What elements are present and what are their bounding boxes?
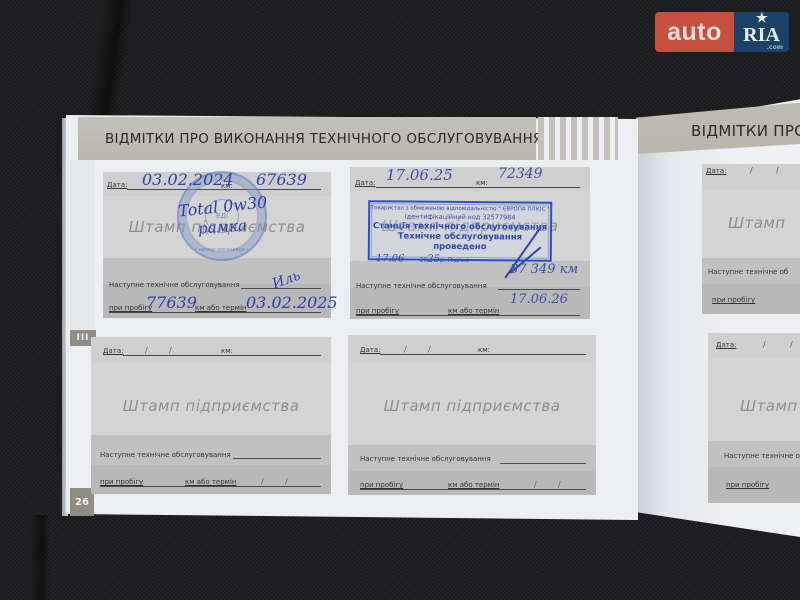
card2-next-term: 17.06.26 bbox=[510, 292, 568, 307]
at-mileage-label: при пробігу bbox=[360, 481, 403, 489]
km-or-term-label: км або термін bbox=[448, 307, 499, 315]
date-label: Дата: bbox=[360, 346, 380, 354]
service-card-3: Дата: // км: Штамп підприємства Наступне… bbox=[91, 337, 331, 494]
stamp-placeholder: Штамп bbox=[740, 397, 800, 415]
next-service-label: Наступне технічне об bbox=[724, 452, 800, 460]
right-card-top: Дата: // Штамп Наступне технічне об при … bbox=[702, 164, 800, 314]
section-title: ВІДМІТКИ ПРО ВИКОНАННЯ ТЕХНІЧНОГО ОБСЛУГ… bbox=[105, 131, 543, 147]
company-service-stamp: Товариство з обмеженою відповідальністю … bbox=[368, 200, 553, 262]
card2-km-handwritten: 72349 bbox=[498, 166, 543, 182]
stamp-id-code: Ідентифікаційний код 32577984 bbox=[370, 212, 550, 222]
logo-auto: auto bbox=[655, 12, 734, 52]
next-service-label: Наступне технічне обслуговування bbox=[360, 455, 491, 463]
next-service-label: Наступне технічне обслуговування bbox=[100, 451, 231, 459]
card2-date-handwritten: 17.06.25 bbox=[386, 166, 453, 184]
km-or-term-label: км або термін bbox=[448, 481, 499, 489]
next-service-label: Наступне технічне об bbox=[708, 268, 788, 276]
date-label: Дата: bbox=[716, 341, 736, 349]
stamp-year-handwritten: 25 bbox=[427, 254, 440, 265]
card1-date-handwritten: 03.02.2024 bbox=[142, 170, 234, 189]
date-label: Дата: bbox=[107, 181, 127, 189]
next-service-label: Наступне технічне обслуговування bbox=[356, 282, 487, 290]
stamp-placeholder: Штамп bbox=[728, 214, 800, 232]
date-label: Дата: bbox=[706, 167, 726, 175]
card1-next-term: 03.02.2025 bbox=[246, 293, 338, 312]
at-mileage-label: при пробігу bbox=[100, 478, 143, 486]
side-bar bbox=[70, 160, 95, 330]
section-header: ВІДМІТКИ ПРО ВИКОНАННЯ ТЕХНІЧНОГО ОБСЛУГ… bbox=[78, 117, 536, 160]
right-card-bottom: Дата: // Штамп Наступне технічне об при … bbox=[708, 333, 800, 503]
km-label: км: bbox=[476, 179, 488, 187]
card1-note-filter: рамка bbox=[197, 216, 247, 237]
at-mileage-label: при пробігу bbox=[726, 481, 769, 489]
star-icon: ★ bbox=[756, 10, 768, 26]
date-label: Дата: bbox=[355, 179, 375, 187]
right-page-title: ВІДМІТКИ ПРО bbox=[691, 122, 800, 140]
km-label: км: bbox=[478, 346, 490, 354]
logo-ria: ★ RIA .com bbox=[734, 12, 789, 52]
card2-next-mileage: 87 349 км bbox=[510, 262, 578, 277]
card1-next-mileage: 77639 bbox=[146, 293, 197, 312]
km-label: км: bbox=[221, 347, 233, 355]
autoria-logo: auto ★ RIA .com bbox=[655, 12, 789, 54]
seal-text: • номер виконавця • bbox=[179, 247, 265, 253]
stamp-year-prefix: 20 bbox=[420, 257, 428, 264]
at-mileage-label: при пробігу bbox=[356, 307, 399, 315]
header-stripes bbox=[538, 117, 618, 160]
card1-km-handwritten: 67639 bbox=[256, 170, 307, 189]
at-mileage-label: при пробігу bbox=[712, 296, 755, 304]
stamp-placeholder: Штамп підприємства bbox=[91, 397, 331, 415]
stamp-date-handwritten: 17.06 bbox=[376, 253, 405, 264]
stamp-placeholder: Штамп підприємства bbox=[348, 397, 596, 415]
km-or-term-label: км або термін bbox=[195, 304, 246, 312]
service-card-4: Дата: // км: Штамп підприємства Наступне… bbox=[348, 335, 596, 495]
date-label: Дата: bbox=[103, 347, 123, 355]
stamp-signature-label: р. Підпис bbox=[440, 257, 469, 264]
km-or-term-label: км або термін bbox=[185, 478, 236, 486]
fabric-fold bbox=[30, 515, 50, 600]
next-service-label: Наступне технічне обслуговування bbox=[109, 281, 240, 289]
logo-com: .com bbox=[767, 44, 783, 51]
